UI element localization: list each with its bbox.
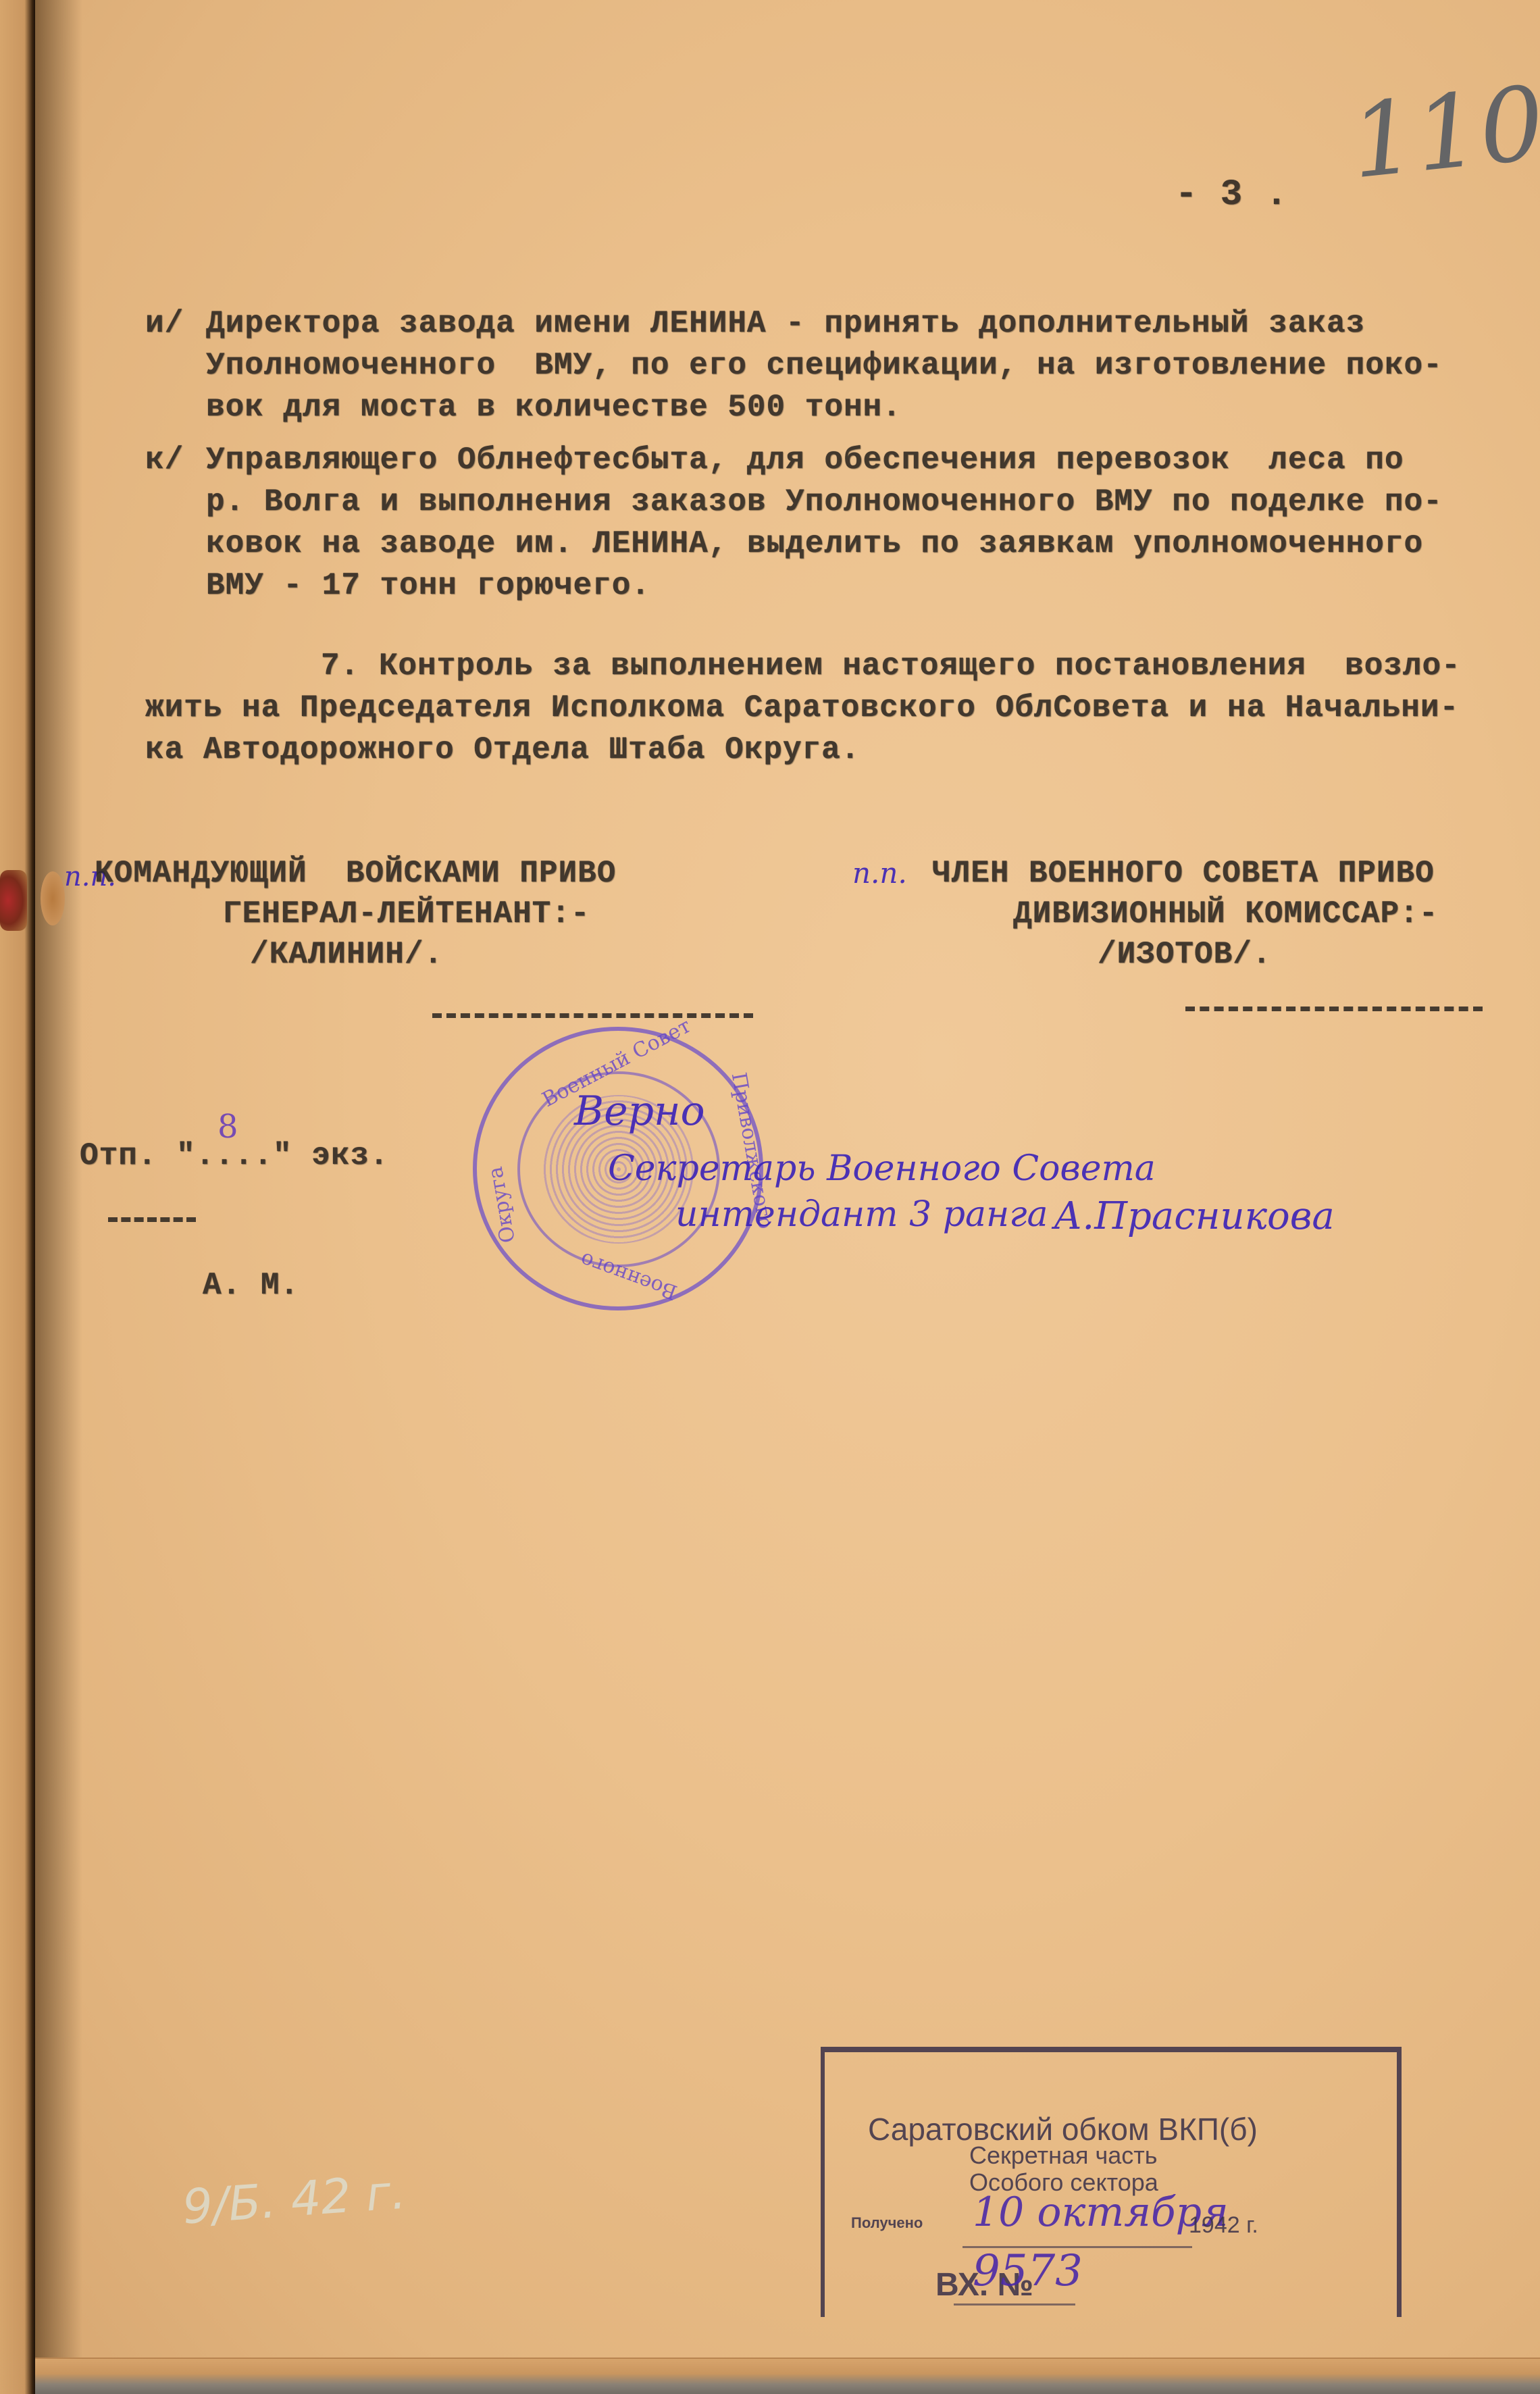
text-line: Уполномоченного ВМУ, по его спецификации… bbox=[206, 345, 1443, 386]
secretary-title-handwritten: Секретарь Военного Совета bbox=[608, 1148, 1156, 1189]
stamp-line-secret-part: Секретная часть bbox=[969, 2141, 1158, 2170]
seal-text-left: Округа bbox=[484, 1165, 520, 1244]
received-label: Получено bbox=[851, 2214, 923, 2232]
text-line: 7. Контроль за выполнением настоящего по… bbox=[321, 645, 1461, 687]
page-bottom-edge bbox=[35, 2358, 1540, 2394]
binding-tab bbox=[0, 870, 27, 931]
signatory-title: КОМАНДУЮЩИЙ ВОЙСКАМИ ПРИВО bbox=[95, 852, 616, 894]
dash-separator bbox=[1185, 1007, 1483, 1011]
pp-ink-mark: п.п. bbox=[852, 857, 907, 890]
text-line: ВМУ - 17 тонн горючего. bbox=[206, 565, 650, 607]
secretary-signature: А.Прасникова bbox=[1054, 1194, 1335, 1238]
secretary-rank-handwritten: интендант 3 ранга bbox=[675, 1194, 1048, 1235]
copies-count-handwritten: 8 bbox=[217, 1108, 238, 1146]
text-line: жить на Председателя Исполкома Саратовск… bbox=[145, 687, 1459, 729]
signatory-rank: ГЕНЕРАЛ-ЛЕЙТЕНАНТ:- bbox=[223, 893, 590, 935]
certified-true-handwritten: Верно bbox=[574, 1088, 705, 1135]
signatory-rank: ДИВИЗИОННЫЙ КОМИССАР:- bbox=[1013, 893, 1438, 935]
text-line: Директора завода имени ЛЕНИНА - принять … bbox=[206, 303, 1365, 345]
received-year: 1942 г. bbox=[1189, 2212, 1258, 2239]
signatory-name: /ИЗОТОВ/. bbox=[1098, 934, 1271, 975]
punch-hole bbox=[41, 871, 65, 925]
text-line: вок для моста в количестве 500 тонн. bbox=[206, 386, 902, 428]
text-line: р. Волга и выполнения заказов Уполномоче… bbox=[206, 481, 1443, 523]
signatory-name: /КАЛИНИН/. bbox=[250, 934, 443, 975]
page-number: - 3 . bbox=[1175, 174, 1288, 216]
dash-separator bbox=[432, 1013, 753, 1018]
pencil-folio-number: 110 bbox=[1345, 65, 1540, 202]
typist-initials: А. М. bbox=[203, 1265, 299, 1306]
incoming-number-handwritten: 9573 bbox=[973, 2246, 1083, 2296]
signatory-title: ЧЛЕН ВОЕННОГО СОВЕТА ПРИВО bbox=[932, 852, 1435, 894]
binding-spine bbox=[0, 0, 35, 2394]
text-line: ковок на заводе им. ЛЕНИНА, выделить по … bbox=[206, 523, 1423, 565]
number-underline bbox=[954, 2303, 1075, 2306]
item-marker: и/ bbox=[145, 303, 184, 345]
dash-separator bbox=[108, 1217, 196, 1222]
text-line: ка Автодорожного Отдела Штаба Округа. bbox=[145, 729, 860, 771]
text-line: Управляющего Облнефтесбыта, для обеспече… bbox=[206, 439, 1404, 481]
item-marker: к/ bbox=[145, 439, 184, 481]
